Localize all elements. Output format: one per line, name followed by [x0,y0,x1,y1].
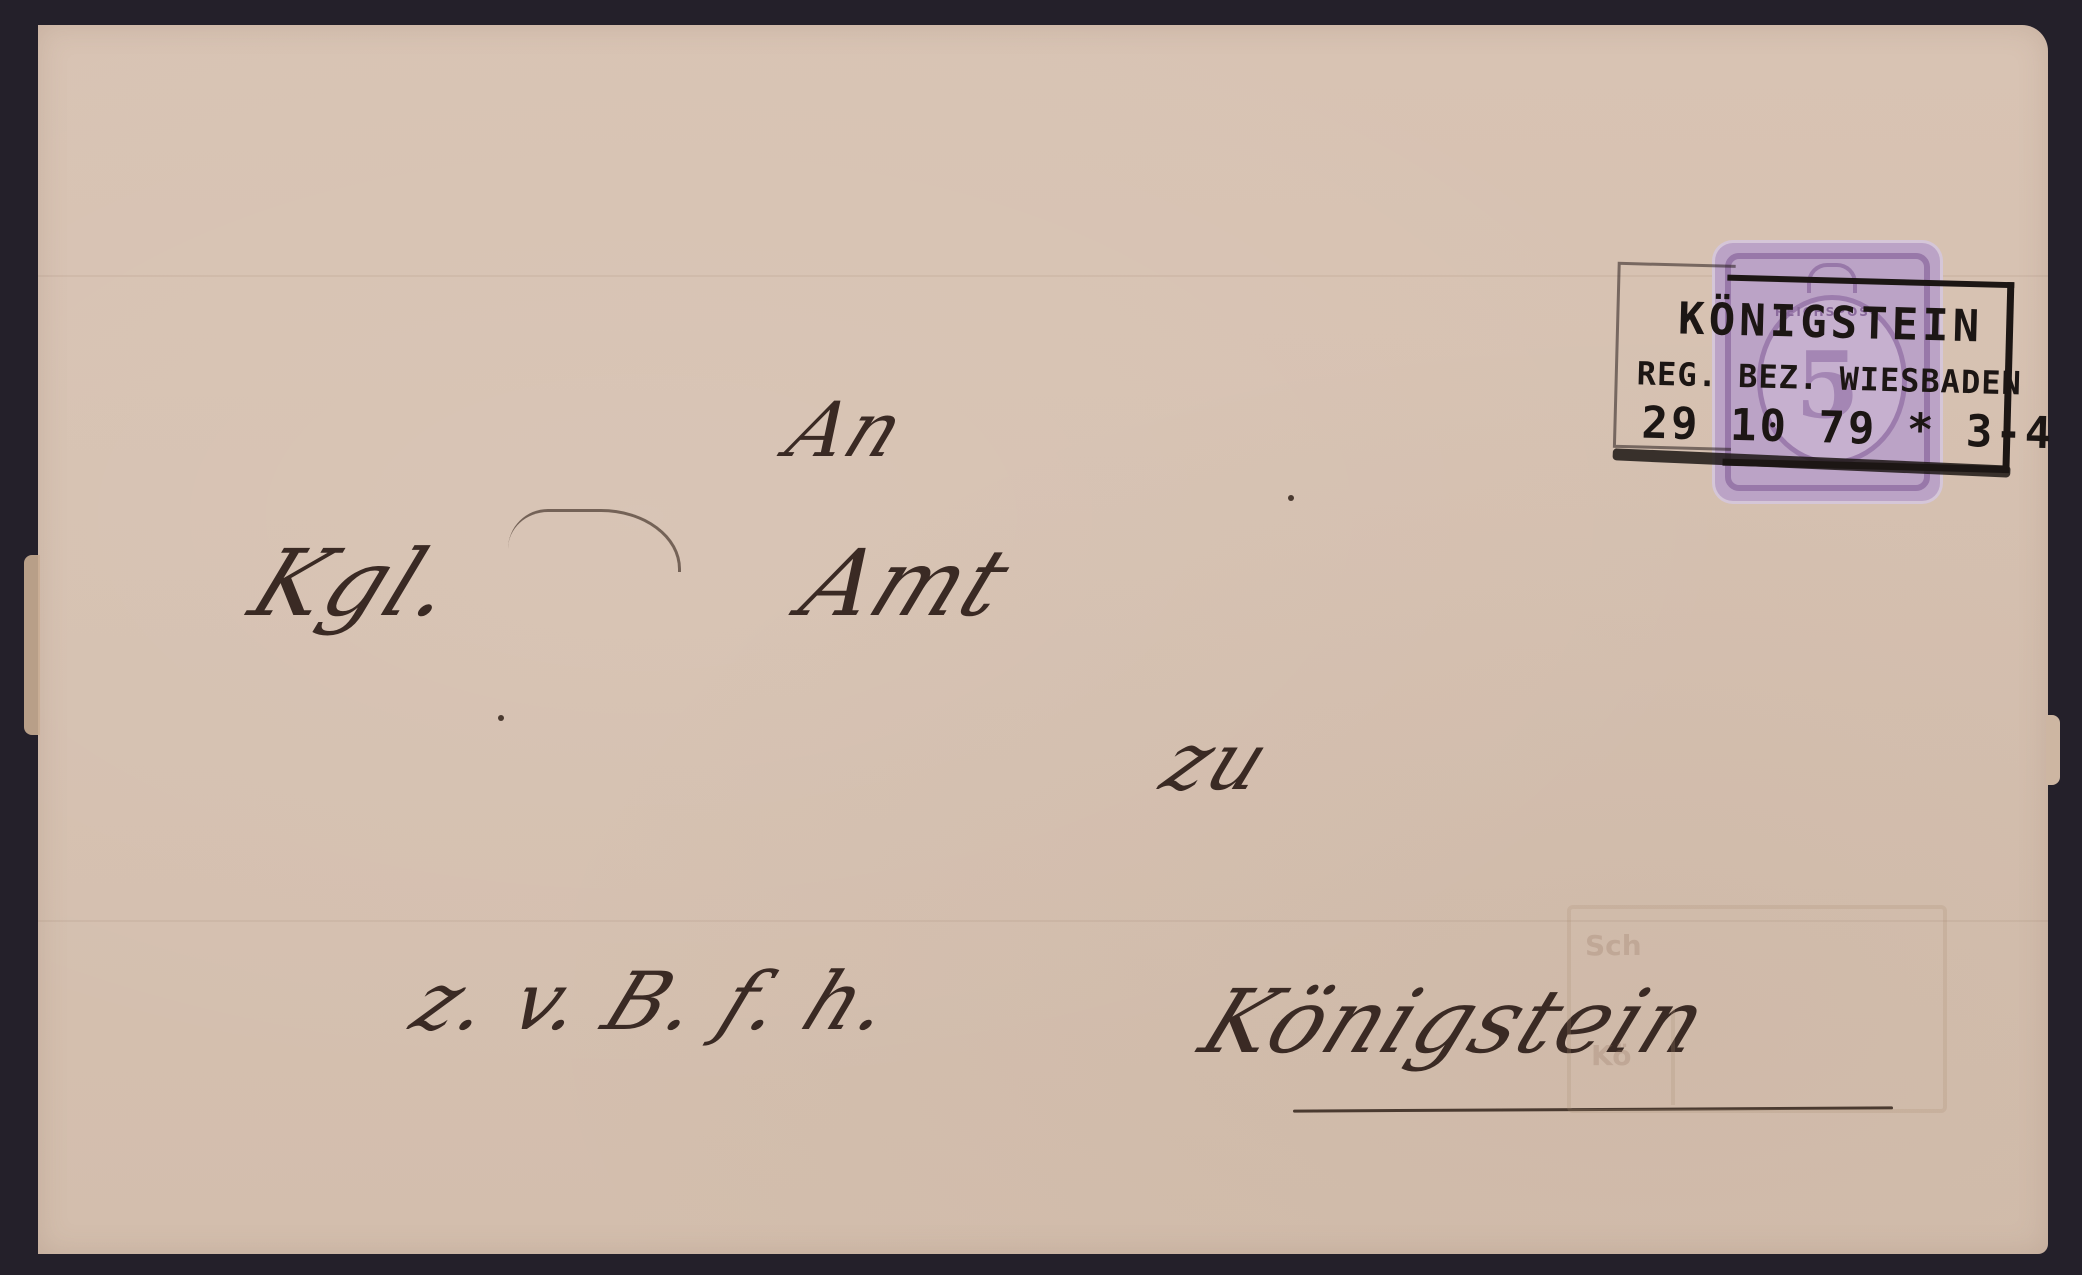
faded-cachet-line2: Kö [1591,1039,1631,1072]
address-zu: zu [1149,715,1284,808]
postmark-town: KÖNIGSTEIN [1678,293,1984,352]
flourish-decoration [508,509,681,572]
postmark: KÖNIGSTEIN REG. BEZ. WIESBADEN 29 10 79 … [1612,262,2017,477]
address-amt: Amt [786,530,1026,637]
torn-edge-right [2046,715,2060,785]
address-prefix: z. v. B. f. h. [399,955,908,1048]
faded-cachet-box: Sch Kö [1567,905,1947,1113]
address-an: An [775,385,919,474]
ink-speck [498,715,504,721]
faded-cachet-line1: Sch [1585,929,1642,962]
postmark-date: 29 10 79 * 3-4 N [1641,397,2082,460]
torn-edge-left [24,555,40,735]
address-kgl: Kgl. [236,530,474,637]
ink-speck [1288,495,1294,501]
